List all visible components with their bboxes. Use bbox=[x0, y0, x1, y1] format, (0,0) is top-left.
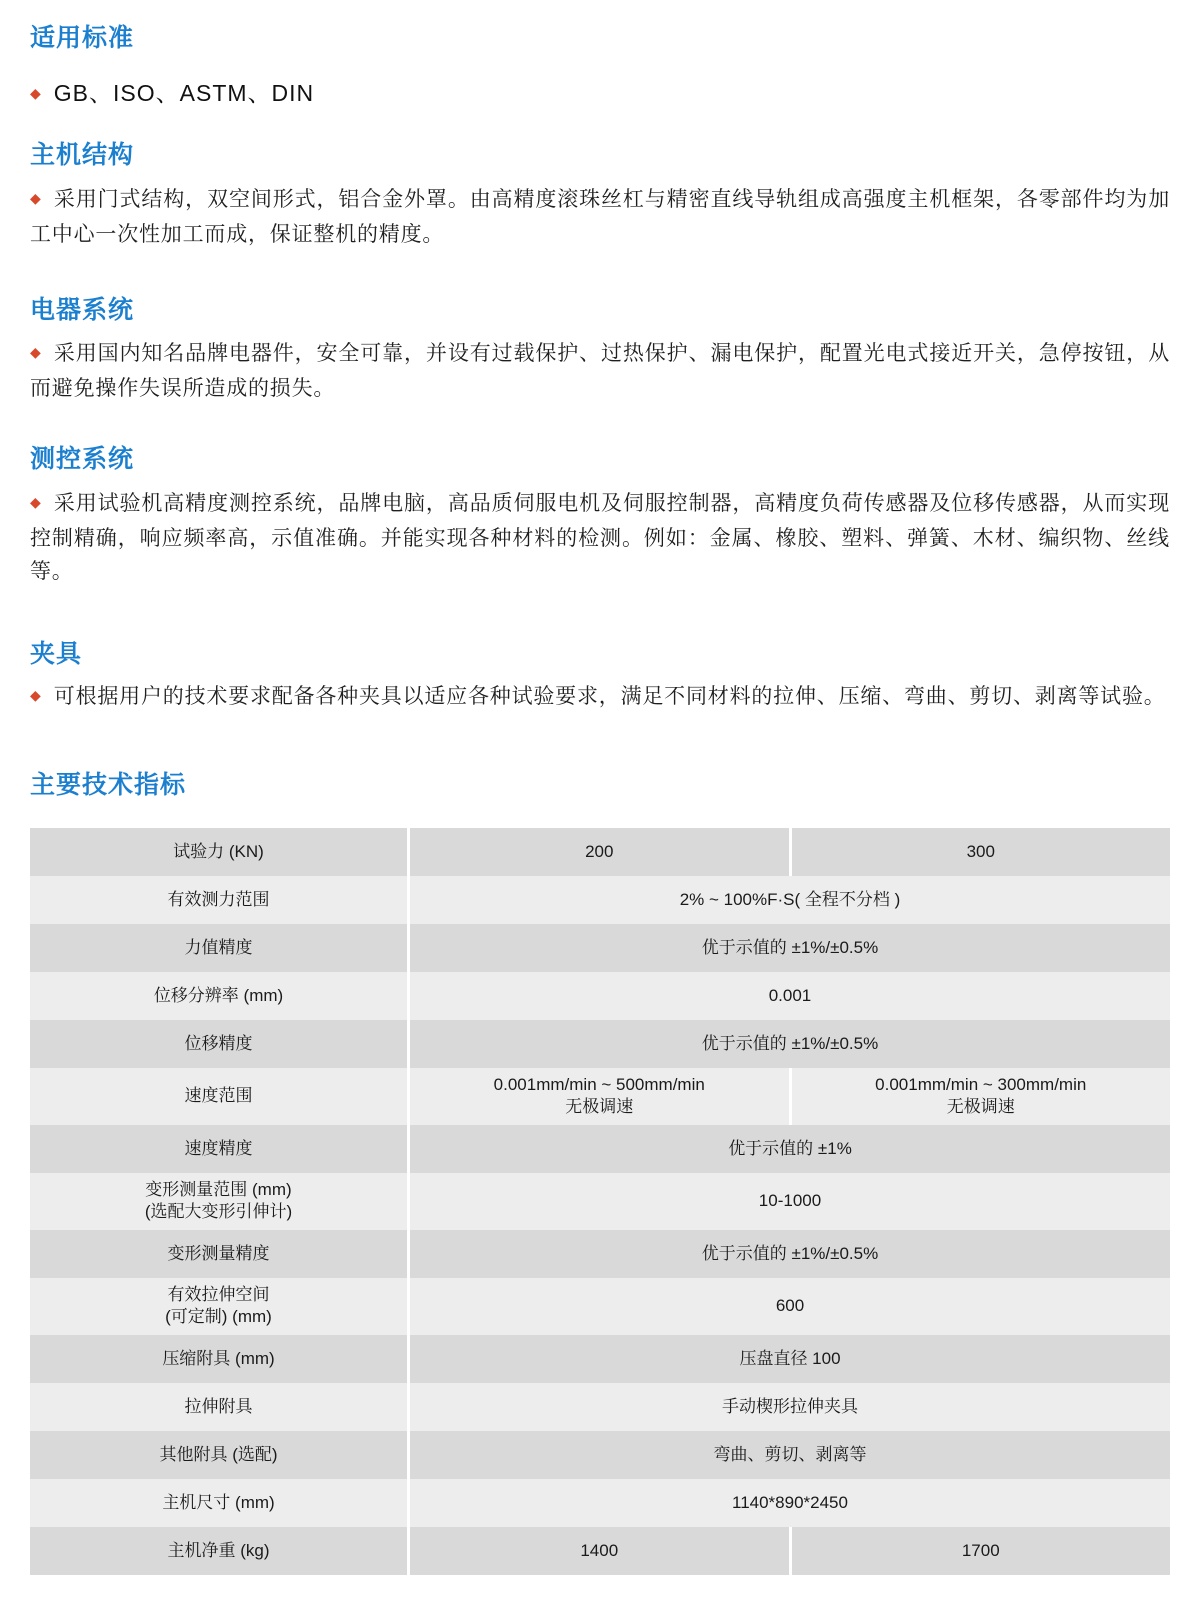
spec-label-cell: 速度精度 bbox=[30, 1125, 407, 1173]
section-heading-electrical-system: 电器系统 bbox=[30, 296, 1170, 325]
spec-label-cell: 变形测量精度 bbox=[30, 1230, 407, 1278]
section-measurement-control-system: 测控系统◆采用试验机高精度测控系统，品牌电脑，高品质伺服电机及伺服控制器，高精度… bbox=[30, 445, 1170, 588]
table-row: 拉伸附具手动楔形拉伸夹具 bbox=[30, 1383, 1170, 1431]
spec-label-cell: 位移精度 bbox=[30, 1020, 407, 1068]
diamond-bullet-icon: ◆ bbox=[30, 190, 41, 206]
spec-label-cell: 其他附具 (选配) bbox=[30, 1431, 407, 1479]
section-heading-measurement-control-system: 测控系统 bbox=[30, 445, 1170, 474]
spec-value-cell: 优于示值的 ±1%/±0.5% bbox=[407, 1020, 1170, 1068]
paragraph-text: 采用试验机高精度测控系统，品牌电脑，高品质伺服电机及伺服控制器，高精度负荷传感器… bbox=[30, 492, 1170, 583]
spec-value-cell: 600 bbox=[407, 1278, 1170, 1335]
product-spec-document: 适用标准◆GB、ISO、ASTM、DIN主机结构◆采用门式结构，双空间形式，铝合… bbox=[0, 0, 1200, 1615]
table-row: 试验力 (KN)200300 bbox=[30, 828, 1170, 876]
table-row: 压缩附具 (mm)压盘直径 100 bbox=[30, 1335, 1170, 1383]
spec-value-cell: 优于示值的 ±1%/±0.5% bbox=[407, 1230, 1170, 1278]
spec-value-cell: 1140*890*2450 bbox=[407, 1479, 1170, 1527]
bullet-paragraph: ◆GB、ISO、ASTM、DIN bbox=[30, 77, 1170, 113]
spec-value-cell: 压盘直径 100 bbox=[407, 1335, 1170, 1383]
section-applicable-standards: 适用标准◆GB、ISO、ASTM、DIN bbox=[30, 24, 1170, 113]
table-row: 力值精度优于示值的 ±1%/±0.5% bbox=[30, 924, 1170, 972]
diamond-bullet-icon: ◆ bbox=[30, 494, 41, 510]
table-row: 位移精度优于示值的 ±1%/±0.5% bbox=[30, 1020, 1170, 1068]
spec-label-cell: 试验力 (KN) bbox=[30, 828, 407, 876]
spec-value-cell: 200 bbox=[407, 828, 789, 876]
section-technical-specifications: 主要技术指标 bbox=[30, 771, 1170, 800]
spec-value-cell: 优于示值的 ±1%/±0.5% bbox=[407, 924, 1170, 972]
spec-value-cell: 1400 bbox=[407, 1527, 789, 1575]
table-row: 有效测力范围2% ~ 100%F·S( 全程不分档 ) bbox=[30, 876, 1170, 924]
spec-value-cell: 弯曲、剪切、剥离等 bbox=[407, 1431, 1170, 1479]
spec-value-cell: 0.001 bbox=[407, 972, 1170, 1020]
table-row: 位移分辨率 (mm)0.001 bbox=[30, 972, 1170, 1020]
spec-label-cell: 变形测量范围 (mm) (选配大变形引伸计) bbox=[30, 1173, 407, 1230]
table-row: 其他附具 (选配)弯曲、剪切、剥离等 bbox=[30, 1431, 1170, 1479]
section-heading-applicable-standards: 适用标准 bbox=[30, 24, 1170, 53]
spec-label-cell: 速度范围 bbox=[30, 1068, 407, 1125]
spec-value-cell: 手动楔形拉伸夹具 bbox=[407, 1383, 1170, 1431]
spec-label-cell: 主机尺寸 (mm) bbox=[30, 1479, 407, 1527]
spec-label-cell: 有效测力范围 bbox=[30, 876, 407, 924]
spec-value-cell: 300 bbox=[789, 828, 1171, 876]
spec-label-cell: 有效拉伸空间 (可定制) (mm) bbox=[30, 1278, 407, 1335]
paragraph-text: 可根据用户的技术要求配备各种夹具以适应各种试验要求，满足不同材料的拉伸、压缩、弯… bbox=[54, 685, 1166, 708]
diamond-bullet-icon: ◆ bbox=[30, 85, 41, 101]
table-row: 主机净重 (kg)14001700 bbox=[30, 1527, 1170, 1575]
bullet-paragraph: ◆采用国内知名品牌电器件，安全可靠，并设有过载保护、过热保护、漏电保护，配置光电… bbox=[30, 337, 1170, 405]
table-row: 变形测量精度优于示值的 ±1%/±0.5% bbox=[30, 1230, 1170, 1278]
spec-value-cell: 2% ~ 100%F·S( 全程不分档 ) bbox=[407, 876, 1170, 924]
section-fixtures: 夹具◆可根据用户的技术要求配备各种夹具以适应各种试验要求，满足不同材料的拉伸、压… bbox=[30, 640, 1170, 715]
spec-value-cell: 优于示值的 ±1% bbox=[407, 1125, 1170, 1173]
table-row: 速度精度优于示值的 ±1% bbox=[30, 1125, 1170, 1173]
paragraph-text: 采用门式结构，双空间形式，铝合金外罩。由高精度滚珠丝杠与精密直线导轨组成高强度主… bbox=[30, 188, 1170, 246]
spec-value-cell: 0.001mm/min ~ 500mm/min 无极调速 bbox=[407, 1068, 789, 1125]
table-row: 速度范围0.001mm/min ~ 500mm/min 无极调速0.001mm/… bbox=[30, 1068, 1170, 1125]
bullet-paragraph: ◆采用门式结构，双空间形式，铝合金外罩。由高精度滚珠丝杠与精密直线导轨组成高强度… bbox=[30, 183, 1170, 251]
bullet-paragraph: ◆可根据用户的技术要求配备各种夹具以适应各种试验要求，满足不同材料的拉伸、压缩、… bbox=[30, 680, 1170, 715]
spec-value-cell: 10-1000 bbox=[407, 1173, 1170, 1230]
section-heading-main-machine-structure: 主机结构 bbox=[30, 141, 1170, 170]
spec-label-cell: 拉伸附具 bbox=[30, 1383, 407, 1431]
paragraph-text: 采用国内知名品牌电器件，安全可靠，并设有过载保护、过热保护、漏电保护，配置光电式… bbox=[30, 342, 1170, 400]
table-row: 有效拉伸空间 (可定制) (mm)600 bbox=[30, 1278, 1170, 1335]
diamond-bullet-icon: ◆ bbox=[30, 344, 41, 360]
spec-value-cell: 0.001mm/min ~ 300mm/min 无极调速 bbox=[789, 1068, 1171, 1125]
spec-label-cell: 位移分辨率 (mm) bbox=[30, 972, 407, 1020]
table-row: 变形测量范围 (mm) (选配大变形引伸计)10-1000 bbox=[30, 1173, 1170, 1230]
spec-value-cell: 1700 bbox=[789, 1527, 1171, 1575]
paragraph-text: GB、ISO、ASTM、DIN bbox=[54, 80, 314, 106]
spec-label-cell: 主机净重 (kg) bbox=[30, 1527, 407, 1575]
section-electrical-system: 电器系统◆采用国内知名品牌电器件，安全可靠，并设有过载保护、过热保护、漏电保护，… bbox=[30, 296, 1170, 406]
spec-label-cell: 力值精度 bbox=[30, 924, 407, 972]
spec-table: 试验力 (KN)200300有效测力范围2% ~ 100%F·S( 全程不分档 … bbox=[30, 828, 1170, 1575]
table-row: 主机尺寸 (mm)1140*890*2450 bbox=[30, 1479, 1170, 1527]
bullet-paragraph: ◆采用试验机高精度测控系统，品牌电脑，高品质伺服电机及伺服控制器，高精度负荷传感… bbox=[30, 487, 1170, 588]
diamond-bullet-icon: ◆ bbox=[30, 687, 41, 703]
section-heading-technical-specifications: 主要技术指标 bbox=[30, 771, 1170, 800]
section-main-machine-structure: 主机结构◆采用门式结构，双空间形式，铝合金外罩。由高精度滚珠丝杠与精密直线导轨组… bbox=[30, 141, 1170, 251]
spec-label-cell: 压缩附具 (mm) bbox=[30, 1335, 407, 1383]
section-heading-fixtures: 夹具 bbox=[30, 640, 1170, 669]
